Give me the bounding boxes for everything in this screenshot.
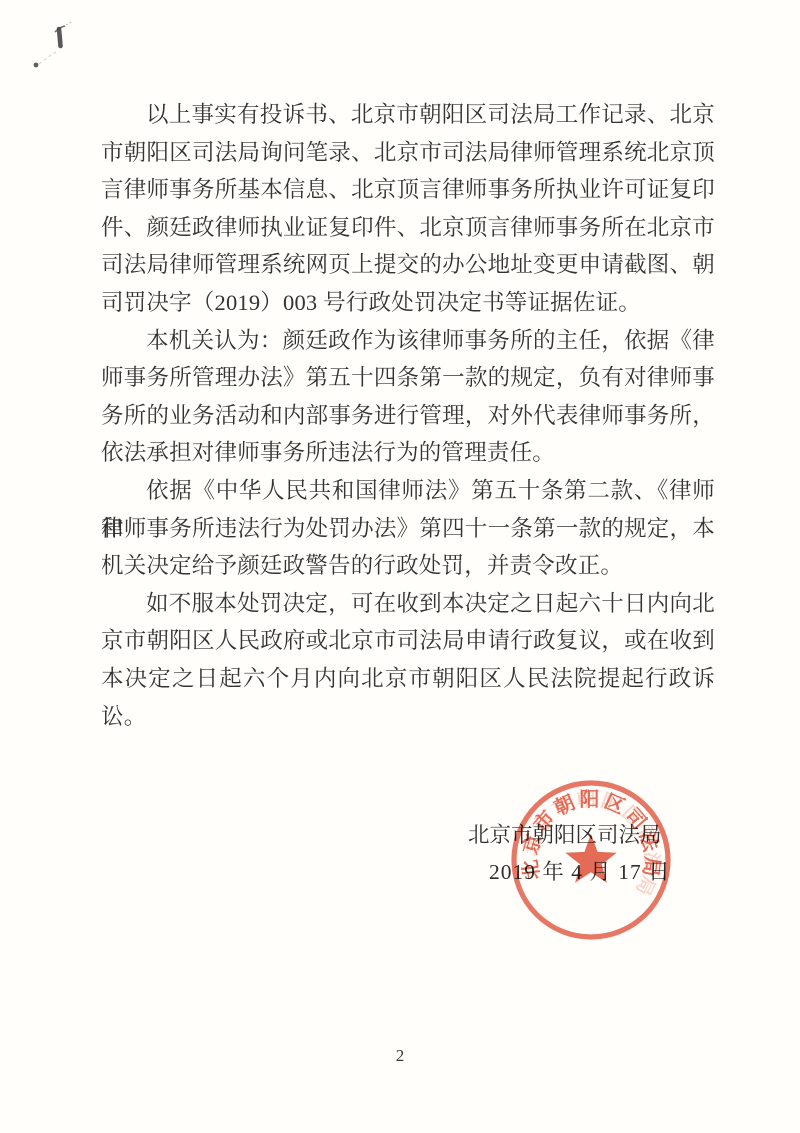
text-line: 市朝阳区司法局询问笔录、北京市司法局律师管理系统北京顶 — [101, 134, 715, 172]
text-line: 司法局律师管理系统网页上提交的办公地址变更申请截图、朝 — [101, 246, 715, 284]
page-number: 2 — [0, 1046, 800, 1066]
text-line: 律师事务所违法行为处罚办法》第四十一条第一款的规定，本 — [101, 510, 715, 548]
text-line: 言律师事务所基本信息、北京顶言律师事务所执业许可证复印 — [101, 171, 715, 209]
text-line: 京市朝阳区人民政府或北京市司法局申请行政复议，或在收到 — [101, 622, 715, 660]
document-body: 以上事实有投诉书、北京市朝阳区司法局工作记录、北京 市朝阳区司法局询问笔录、北京… — [101, 96, 715, 735]
ink-smudge-marks — [18, 12, 108, 82]
text-line: 机关决定给予颜廷政警告的行政处罚，并责令改正。 — [101, 547, 715, 585]
scanned-document-page: 以上事实有投诉书、北京市朝阳区司法局工作记录、北京 市朝阳区司法局询问笔录、北京… — [0, 0, 800, 1133]
text-line: 以上事实有投诉书、北京市朝阳区司法局工作记录、北京 — [101, 96, 715, 134]
text-line: 讼。 — [101, 698, 715, 736]
signature-date: 2019 年 4 月 17 日 — [489, 855, 671, 886]
text-line: 务所的业务活动和内部事务进行管理，对外代表律师事务所， — [101, 397, 715, 435]
signature-agency: 北京市朝阳区司法局 — [468, 818, 662, 849]
text-line: 如不服本处罚决定，可在收到本决定之日起六十日内向北 — [101, 585, 715, 623]
text-line: 本决定之日起六个月内向北京市朝阳区人民法院提起行政诉 — [101, 660, 715, 698]
text-line: 师事务所管理办法》第五十四条第一款的规定，负有对律师事 — [101, 359, 715, 397]
text-line: 依法承担对律师事务所违法行为的管理责任。 — [101, 434, 715, 472]
text-line: 件、颜廷政律师执业证复印件、北京顶言律师事务所在北京市 — [101, 209, 715, 247]
text-line: 本机关认为：颜廷政作为该律师事务所的主任，依据《律 — [101, 322, 715, 360]
text-line: 司罚决字（2019）003 号行政处罚决定书等证据佐证。 — [101, 284, 715, 322]
text-line: 依据《中华人民共和国律师法》第五十条第二款、《律师和 — [101, 472, 715, 510]
